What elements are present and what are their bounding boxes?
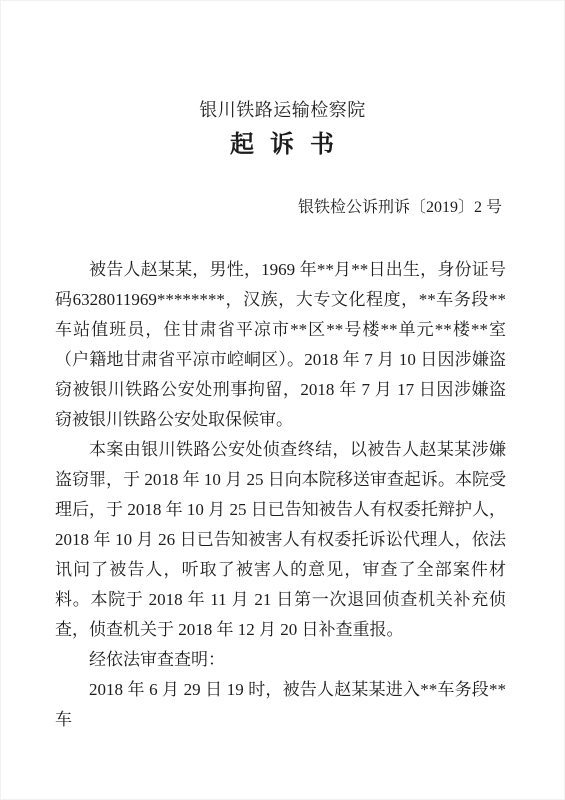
document-body: 被告人赵某某，男性，1969 年**月**日出生，身份证号码6328011969… xyxy=(55,255,506,735)
paragraph-facts: 2018 年 6 月 29 日 19 时，被告人赵某某进入**车务段**车 xyxy=(55,675,506,735)
paragraph-case-procedure: 本案由银川铁路公安处侦查终结，以被告人赵某某涉嫌盗窃罪，于 2018 年 10 … xyxy=(55,435,506,645)
document-page: 银川铁路运输检察院 起 诉 书 银铁检公诉刑诉〔2019〕2 号 被告人赵某某，… xyxy=(0,0,565,800)
issuing-org-title: 银川铁路运输检察院 xyxy=(1,98,564,122)
paragraph-defendant-info: 被告人赵某某，男性，1969 年**月**日出生，身份证号码6328011969… xyxy=(55,255,506,435)
case-number: 银铁检公诉刑诉〔2019〕2 号 xyxy=(1,197,502,219)
document-type-title: 起 诉 书 xyxy=(1,129,564,161)
paragraph-findings-intro: 经依法审查查明： xyxy=(55,645,506,675)
